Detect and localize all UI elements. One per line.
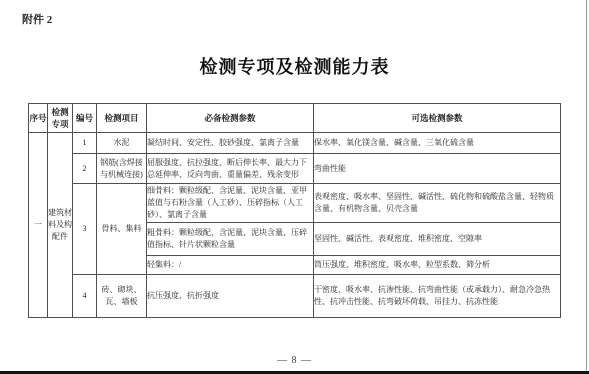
row-number-cell: 3 — [73, 184, 97, 275]
required-params-cell: 粗骨料：颗粒级配、含泥量、泥块含量、压碎值指标、针片状颗粒含量 — [147, 223, 314, 256]
test-item-cell: 钢筋(含焊接与机械连接) — [97, 154, 147, 184]
test-item-cell: 砖、砌块、瓦、墙板 — [97, 275, 147, 318]
table-row: 4 砖、砌块、瓦、墙板 抗压强度、抗折强度 干密度、吸水率、抗渗性能、抗弯曲性能… — [29, 275, 561, 318]
serial-cell: 一 — [29, 133, 48, 318]
table-row: 一 建筑材料及构配件 1 水泥 凝结时间、安定性、胶砂强度、氯离子含量 保水率、… — [29, 133, 561, 154]
specialty-cell: 建筑材料及构配件 — [48, 133, 73, 318]
column-header-specialty: 检测专项 — [48, 104, 73, 133]
column-header-required-params: 必备检测参数 — [147, 104, 314, 133]
table-header-row: 序号 检测专项 编号 检测项目 必备检测参数 可选检测参数 — [29, 104, 561, 133]
required-params-cell: 细骨料：颗粒级配、含泥量、泥块含量、亚甲蓝值与石粉含量（人工砂）、压碎指标（人工… — [147, 184, 314, 223]
table-row: 3 骨料、集料 细骨料：颗粒级配、含泥量、泥块含量、亚甲蓝值与石粉含量（人工砂）… — [29, 184, 561, 223]
optional-params-cell: 坚固性、碱活性、表观密度、堆积密度、空隙率 — [314, 223, 561, 256]
row-number-cell: 4 — [73, 275, 97, 318]
test-item-cell: 骨料、集料 — [97, 184, 147, 275]
column-header-optional-params: 可选检测参数 — [314, 104, 561, 133]
column-header-serial: 序号 — [29, 104, 48, 133]
optional-params-cell: 保水率、氧化镁含量、碱含量、三氧化硫含量 — [314, 133, 561, 154]
required-params-cell: 凝结时间、安定性、胶砂强度、氯离子含量 — [147, 133, 314, 154]
column-header-item: 检测项目 — [97, 104, 147, 133]
optional-params-cell: 干密度、吸水率、抗渗性能、抗弯曲性能（或承载力）、耐急冷急热性、抗冲击性能、抗弯… — [314, 275, 561, 318]
optional-params-cell: 筒压强度、堆积密度、吸水率、粒型系数、筛分析 — [314, 256, 561, 275]
capability-table: 序号 检测专项 编号 检测项目 必备检测参数 可选检测参数 一 建筑材料及构配件… — [28, 103, 561, 318]
optional-params-cell: 弯曲性能 — [314, 154, 561, 184]
required-params-cell: 抗压强度、抗折强度 — [147, 275, 314, 318]
required-params-cell: 屈服强度、抗拉强度、断后伸长率、最大力下总延伸率、反向弯曲、重量偏差、残余变形 — [147, 154, 314, 184]
attachment-label: 附件 2 — [22, 11, 52, 27]
row-number-cell: 2 — [73, 154, 97, 184]
row-number-cell: 1 — [73, 133, 97, 154]
page-number: — 8 — — [0, 355, 589, 366]
required-params-cell: 轻集料：/ — [147, 256, 314, 275]
column-header-number: 编号 — [73, 104, 97, 133]
document-title: 检测专项及检测能力表 — [0, 53, 589, 79]
test-item-cell: 水泥 — [97, 133, 147, 154]
table-row: 2 钢筋(含焊接与机械连接) 屈服强度、抗拉强度、断后伸长率、最大力下总延伸率、… — [29, 154, 561, 184]
optional-params-cell: 表观密度、吸水率、坚固性、碱活性、硫化物和硫酸盐含量、轻物质含量、有机物含量、贝… — [314, 184, 561, 223]
